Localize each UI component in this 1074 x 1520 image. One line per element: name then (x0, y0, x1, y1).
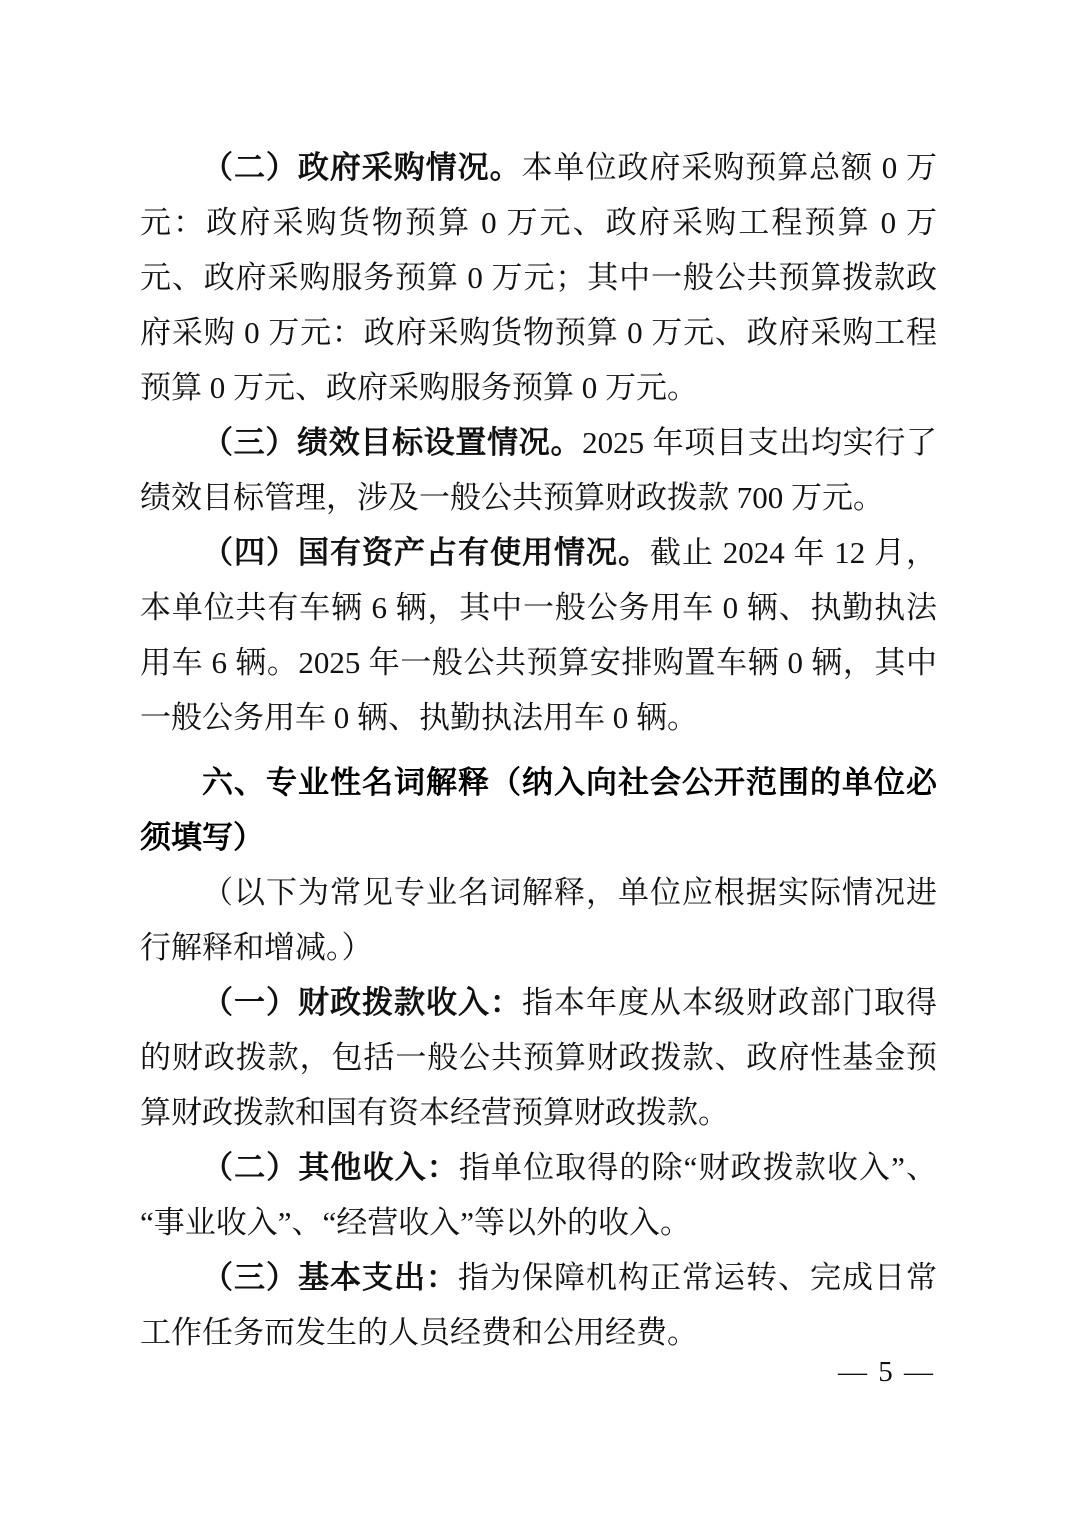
paragraph-term-other-income: （二）其他收入：指单位取得的除“财政拨款收入”、“事业收入”、“经营收入”等以外… (140, 1140, 937, 1250)
paragraph-lead: （四）国有资产占有使用情况。 (202, 535, 650, 570)
paragraph-lead: （二）政府采购情况。 (202, 150, 522, 185)
paragraph-term-fiscal-appropriation-income: （一）财政拨款收入：指本年度从本级财政部门取得的财政拨款，包括一般公共预算财政拨… (140, 975, 937, 1140)
term-lead: （一）财政拨款收入： (202, 985, 522, 1020)
document-body: （二）政府采购情况。本单位政府采购预算总额 0 万元：政府采购货物预算 0 万元… (140, 140, 937, 1360)
paragraph-performance-targets: （三）绩效目标设置情况。2025 年项目支出均实行了绩效目标管理，涉及一般公共预… (140, 415, 937, 525)
document-page: （二）政府采购情况。本单位政府采购预算总额 0 万元：政府采购货物预算 0 万元… (0, 0, 1074, 1520)
term-lead: （二）其他收入： (202, 1150, 459, 1185)
paragraph-term-basic-expenditure: （三）基本支出：指为保障机构正常运转、完成日常工作任务而发生的人员经费和公用经费… (140, 1250, 937, 1360)
term-lead: （三）基本支出： (202, 1260, 458, 1295)
paragraph-lead: （三）绩效目标设置情况。 (202, 425, 582, 460)
paragraph-glossary-note: （以下为常见专业名词解释，单位应根据实际情况进行解释和增减。） (140, 865, 937, 975)
paragraph-government-procurement: （二）政府采购情况。本单位政府采购预算总额 0 万元：政府采购货物预算 0 万元… (140, 140, 937, 415)
page-number: — 5 — (838, 1352, 935, 1392)
paragraph-state-assets: （四）国有资产占有使用情况。截止 2024 年 12 月，本单位共有车辆 6 辆… (140, 525, 937, 745)
section-heading-glossary: 六、专业性名词解释（纳入向社会公开范围的单位必须填写） (140, 755, 937, 865)
paragraph-text: 本单位政府采购预算总额 0 万元：政府采购货物预算 0 万元、政府采购工程预算 … (140, 150, 937, 405)
